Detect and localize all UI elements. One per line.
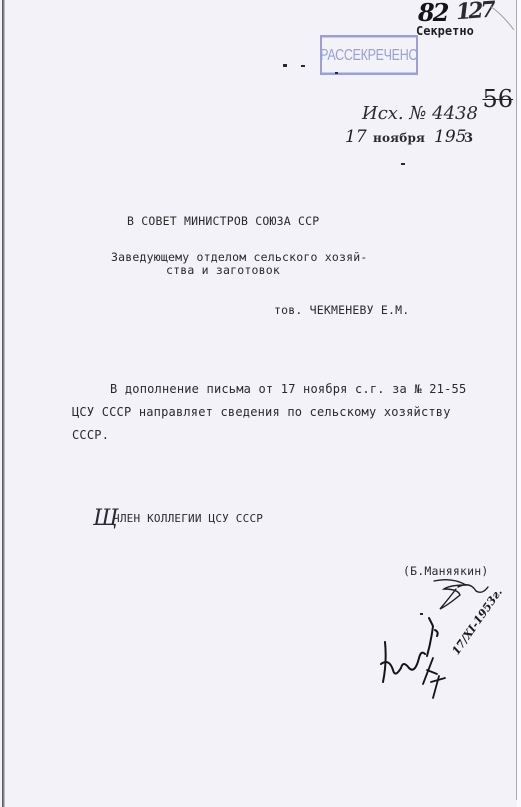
date-day: 17 xyxy=(345,127,367,147)
speck xyxy=(301,65,305,67)
folio-number: 82 xyxy=(418,0,447,27)
signatory-title: ЧЛЕН КОЛЛЕГИИ ЦСУ СССР xyxy=(113,512,263,525)
body-line-1: В дополнение письма от 17 ноября с.г. за… xyxy=(110,382,466,396)
body-line-3: СССР. xyxy=(72,428,109,442)
declassified-stamp-text: РАССЕКРЕЧЕНО xyxy=(320,46,418,64)
declassified-stamp: РАССЕКРЕЧЕНО xyxy=(320,35,418,75)
date-year-hand: 195 xyxy=(434,127,466,147)
scan-right-margin xyxy=(517,0,521,807)
addressee-line-3: ства и заготовок xyxy=(166,263,280,277)
sheet-number-text: 56 xyxy=(483,85,514,113)
classification-label: Секретно xyxy=(416,24,474,38)
document-page: 82 127 Секретно РАССЕКРЕЧЕНО 56 Исх. № 4… xyxy=(0,0,521,807)
date-year-typed: 3 xyxy=(464,131,473,146)
date-month: ноября xyxy=(373,131,425,145)
addressee-line-2: Заведующему отделом сельского хозяй- xyxy=(111,250,367,264)
addressee-line-4: тов. ЧЕКМЕНЕВУ Е.М. xyxy=(274,303,409,317)
speck xyxy=(283,64,287,67)
speck xyxy=(335,72,338,74)
outgoing-reference: Исх. № 4438 xyxy=(362,103,478,124)
body-line-2: ЦСУ СССР направляет сведения по сельском… xyxy=(72,405,451,419)
speck xyxy=(401,163,405,165)
addressee-line-1: В СОВЕТ МИНИСТРОВ СОЮЗА ССР xyxy=(127,214,319,228)
stroke-mark-icon xyxy=(488,4,518,34)
scan-left-edge xyxy=(2,0,5,807)
